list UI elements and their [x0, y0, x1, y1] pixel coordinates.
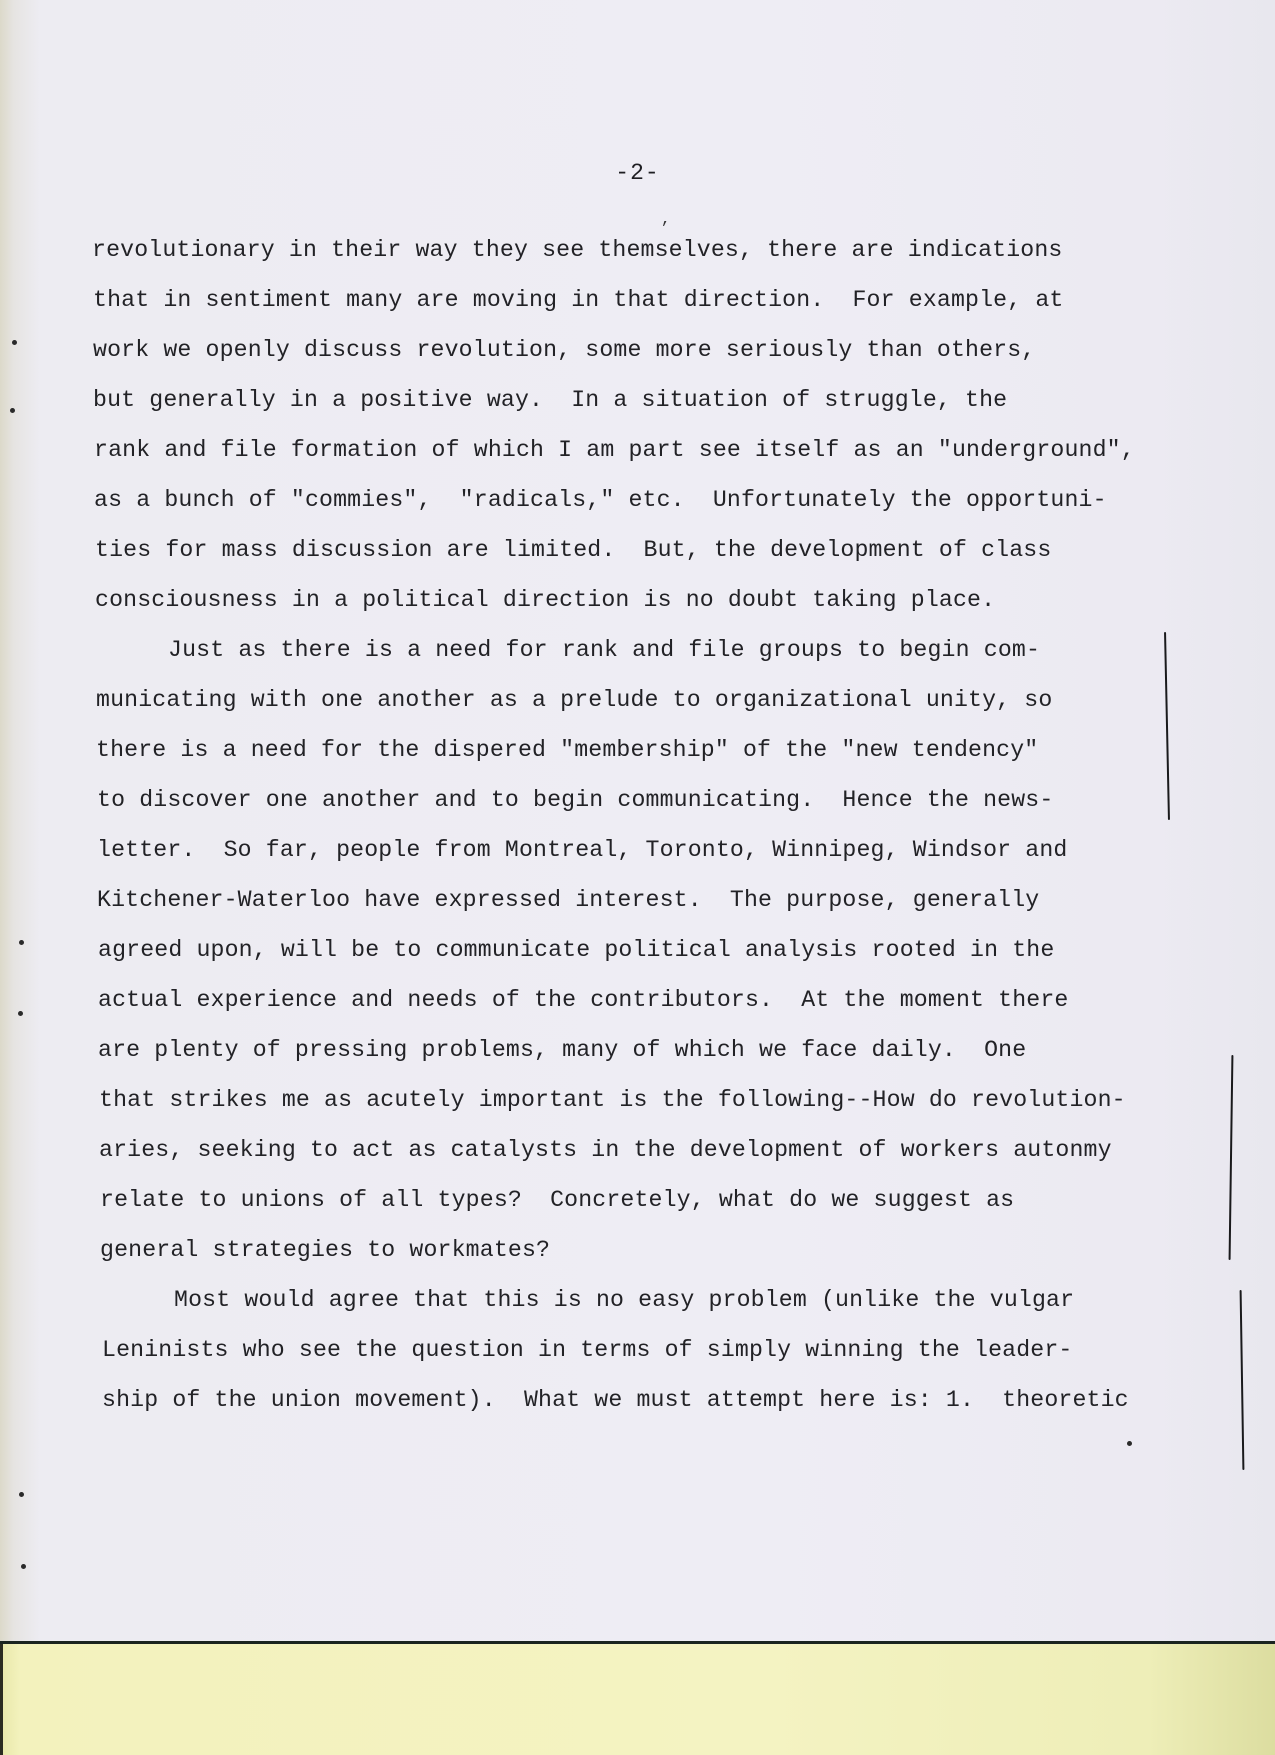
speck-mark [1127, 1441, 1132, 1446]
text-line: revolutionary in their way they see them… [92, 235, 1062, 265]
text-line: rank and file formation of which I am pa… [94, 435, 1135, 465]
text-line: agreed upon, will be to communicate poli… [98, 935, 1054, 965]
page-number: -2- [0, 160, 1275, 186]
text-line: that in sentiment many are moving in tha… [93, 285, 1063, 315]
speck-mark [21, 1564, 26, 1569]
text-line: municating with one another as a prelude… [96, 685, 1052, 715]
backing-left-edge [0, 1644, 3, 1755]
text-line: actual experience and needs of the contr… [98, 985, 1068, 1015]
text-line-indented: Just as there is a need for rank and fil… [168, 635, 1040, 665]
margin-bar-1 [1164, 632, 1170, 820]
text-line: Kitchener-Waterloo have expressed intere… [97, 885, 1039, 915]
text-line: there is a need for the dispered "member… [96, 735, 1038, 765]
text-line: to discover one another and to begin com… [97, 785, 1053, 815]
text-line: are plenty of pressing problems, many of… [98, 1035, 1026, 1065]
text-line: relate to unions of all types? Concretel… [100, 1185, 1014, 1215]
margin-bar-2 [1229, 1055, 1234, 1260]
speck-mark [10, 408, 15, 413]
text-line: letter. So far, people from Montreal, To… [97, 835, 1067, 865]
text-line: as a bunch of "commies", "radicals," etc… [94, 485, 1107, 515]
speck-mark [19, 1492, 24, 1497]
text-line-indented: Most would agree that this is no easy pr… [174, 1285, 1074, 1315]
text-line: ties for mass discussion are limited. Bu… [95, 535, 1051, 565]
speck-mark [12, 340, 17, 345]
text-line: consciousness in a political direction i… [95, 585, 995, 615]
speck-mark [19, 940, 24, 945]
text-line: aries, seeking to act as catalysts in th… [99, 1135, 1112, 1165]
text-line: general strategies to workmates? [100, 1235, 550, 1265]
text-line: but generally in a positive way. In a si… [93, 385, 1007, 415]
typewritten-page: -2- , revolutionary in their way they se… [0, 0, 1275, 1643]
text-line: ship of the union movement). What we mus… [102, 1385, 1129, 1415]
text-line: Leninists who see the question in terms … [102, 1335, 1072, 1365]
text-line: that strikes me as acutely important is … [99, 1085, 1126, 1115]
speck-mark [18, 1011, 23, 1016]
margin-bar-3 [1240, 1290, 1245, 1470]
stray-comma-mark: , [661, 210, 671, 228]
yellow-backing-sheet [0, 1644, 1275, 1755]
text-line: work we openly discuss revolution, some … [93, 335, 1035, 365]
